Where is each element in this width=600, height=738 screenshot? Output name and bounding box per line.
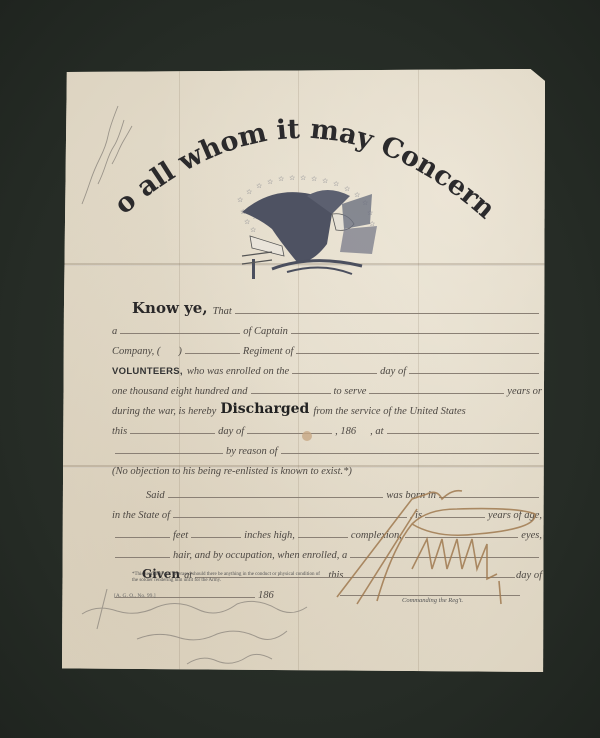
discharge-place-field[interactable]	[387, 432, 539, 434]
discharged-heading: Discharged	[220, 401, 309, 417]
discharge-month-field[interactable]	[247, 432, 332, 434]
pencil-endorsement	[77, 589, 337, 669]
feet-field[interactable]	[115, 536, 170, 538]
svg-text:☆: ☆	[256, 182, 262, 190]
enrolled-year-field[interactable]	[251, 392, 331, 394]
reason-field[interactable]	[281, 452, 539, 454]
signature-icon	[317, 469, 547, 609]
footnote: *This sentence will be erased should the…	[132, 572, 322, 584]
svg-text:☆: ☆	[278, 175, 284, 183]
regiment-field[interactable]	[296, 352, 539, 354]
svg-text:☆: ☆	[300, 174, 306, 182]
svg-text:☆: ☆	[311, 175, 317, 183]
enrolled-month-field[interactable]	[409, 372, 539, 374]
svg-text:☆: ☆	[267, 178, 273, 186]
know-ye-heading: Know ye,	[132, 299, 208, 317]
svg-text:☆: ☆	[289, 174, 295, 182]
captain-field[interactable]	[291, 332, 539, 334]
svg-text:☆: ☆	[354, 191, 360, 199]
svg-text:☆: ☆	[322, 177, 328, 185]
discharge-day-field[interactable]	[130, 432, 215, 434]
name-field[interactable]	[235, 312, 539, 314]
svg-text:☆: ☆	[237, 196, 243, 204]
enrolled-day-field[interactable]	[292, 372, 377, 374]
discharge-certificate: To all whom it may Concern: ☆☆☆ ☆☆☆ ☆☆☆ …	[62, 69, 545, 672]
rank-field[interactable]	[120, 332, 240, 334]
eagle-emblem-icon: ☆☆☆ ☆☆☆ ☆☆☆ ☆☆☆ ☆☆☆ ☆☆☆☆	[232, 174, 382, 289]
ink-stain	[302, 431, 312, 441]
svg-text:☆: ☆	[244, 218, 250, 226]
hair-field[interactable]	[115, 556, 170, 558]
svg-text:☆: ☆	[333, 180, 339, 188]
svg-text:☆: ☆	[246, 188, 252, 196]
place-cont-field[interactable]	[115, 452, 223, 454]
reenlist-note: (No objection to his being re-enlisted i…	[112, 466, 352, 477]
svg-text:☆: ☆	[344, 185, 350, 193]
term-field[interactable]	[369, 392, 504, 394]
svg-text:☆: ☆	[250, 226, 256, 234]
company-field[interactable]	[185, 352, 240, 354]
inches-field[interactable]	[191, 536, 241, 538]
